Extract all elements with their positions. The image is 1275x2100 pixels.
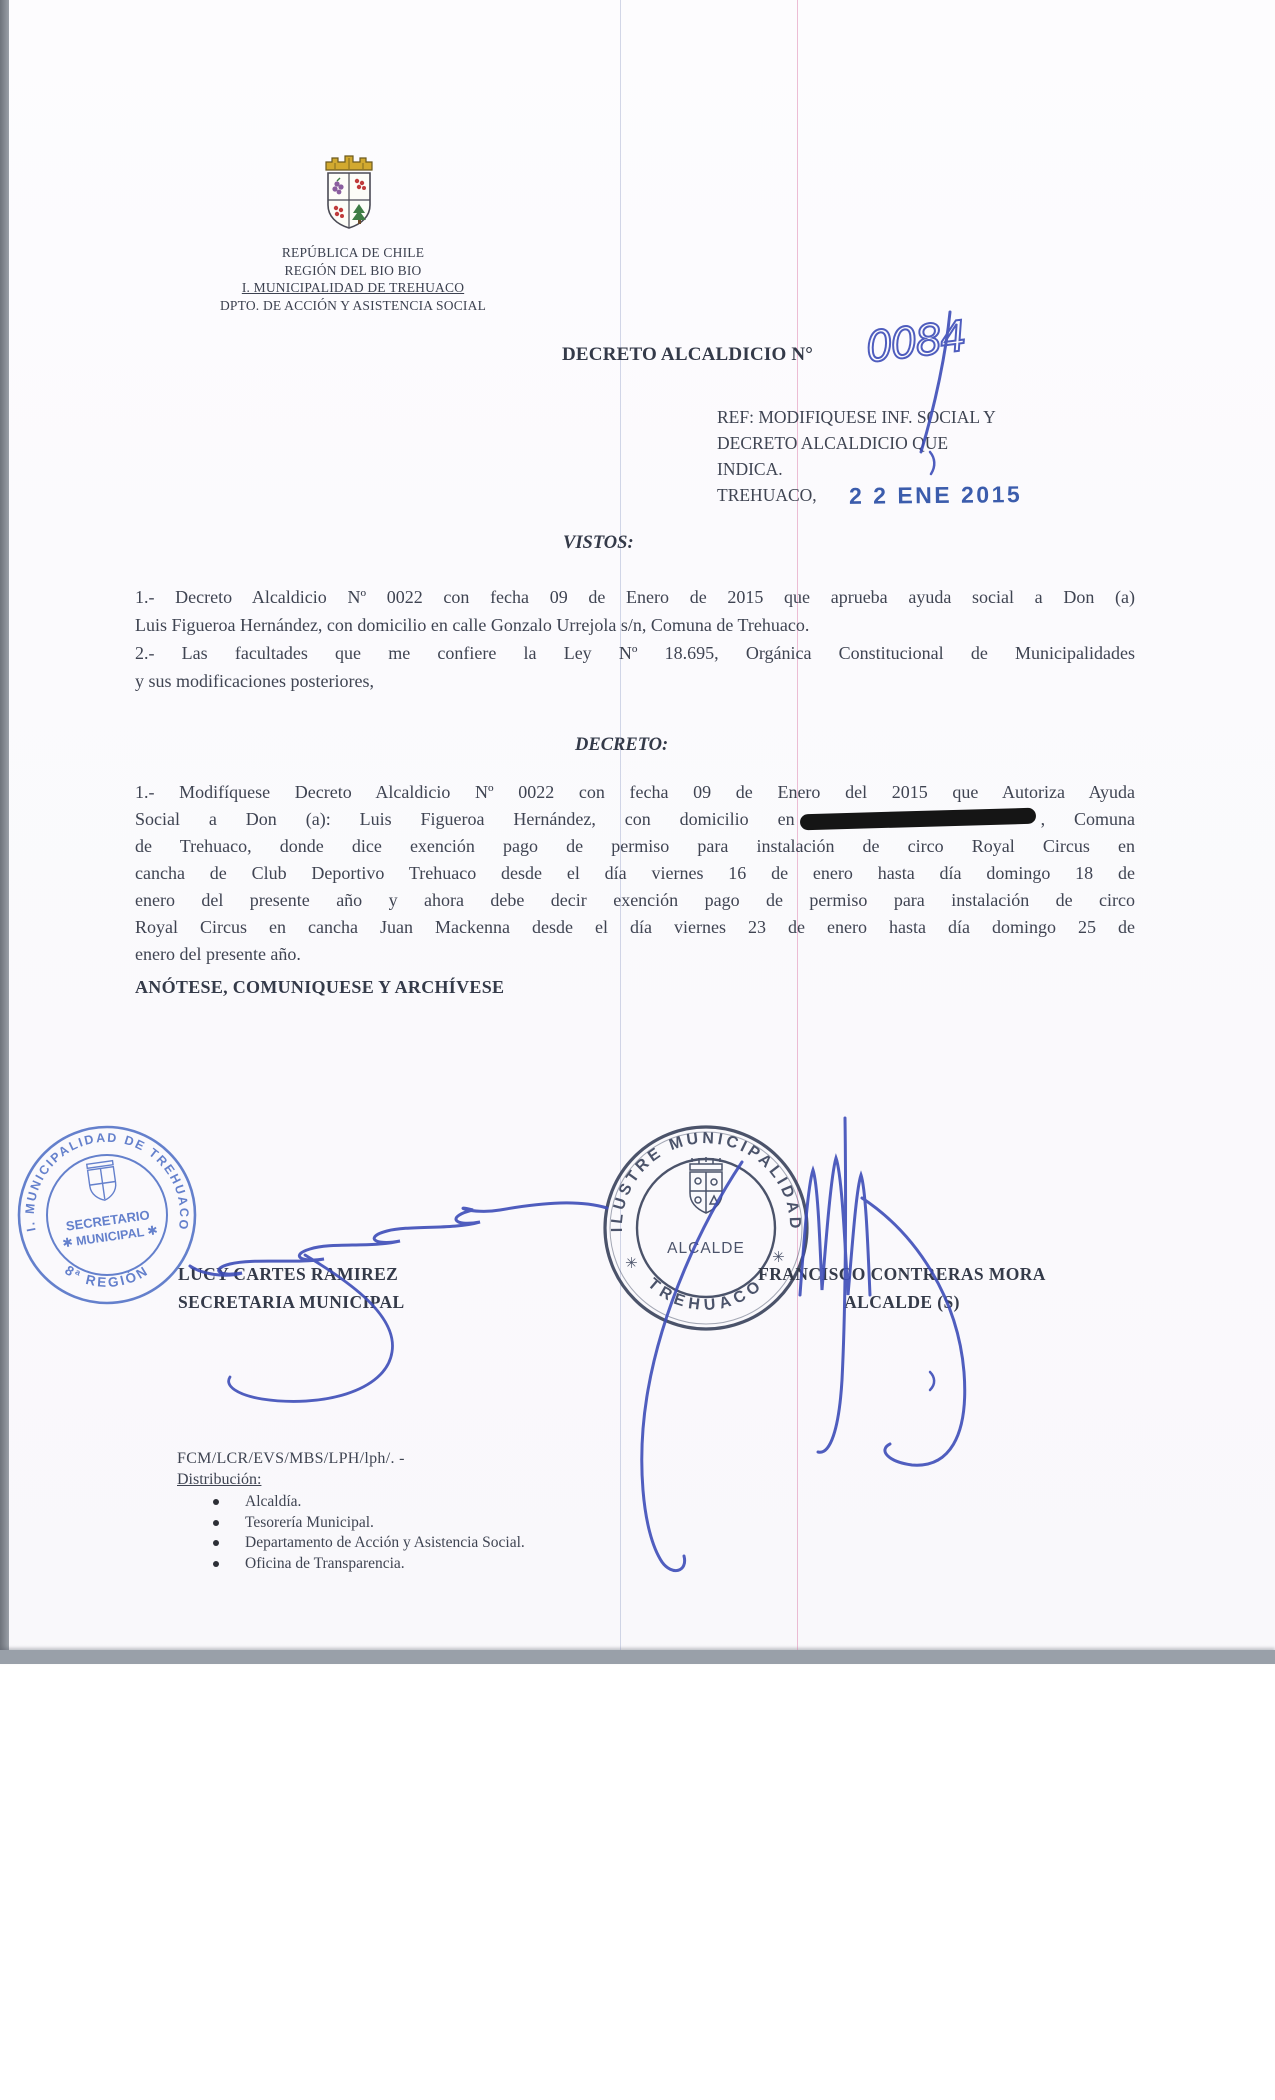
header-line: REPÚBLICA DE CHILE <box>150 244 556 262</box>
ref-line: REF: MODIFIQUESE INF. SOCIAL Y <box>717 404 1057 430</box>
decree-title: DECRETO ALCALDICIO N° <box>562 344 813 366</box>
header-line-municipality: I. MUNICIPALIDAD DE TREHUACO <box>150 279 556 297</box>
header-line: DPTO. DE ACCIÓN Y ASISTENCIA SOCIAL <box>150 297 556 315</box>
distribution-item-label: Tesorería Municipal. <box>245 1514 374 1531</box>
vistos-heading: VISTOS: <box>563 533 634 554</box>
secretary-name: LUCY CARTES RAMIREZ <box>178 1260 478 1288</box>
body-line: Royal Circus en cancha Juan Mackenna des… <box>135 914 1135 941</box>
body-line: 1.- Decreto Alcaldicio Nº 0022 con fecha… <box>135 583 1135 611</box>
distribution-item-label: Oficina de Transparencia. <box>245 1555 405 1572</box>
distribution-item: Alcaldía. <box>177 1493 677 1514</box>
trehuaco-coat-of-arms <box>318 150 380 234</box>
footer-initials: FCM/LCR/EVS/MBS/LPH/lph/. - <box>177 1450 405 1468</box>
body-line: Luis Figueroa Hernández, con domicilio e… <box>135 611 1135 639</box>
secretary-signature-block: LUCY CARTES RAMIREZ SECRETARIA MUNICIPAL <box>178 1260 478 1316</box>
date-stamp: 2 2 ENE 2015 <box>849 481 1022 510</box>
distribution-label: Distribución: <box>177 1471 261 1489</box>
redaction-text-before: Social a Don (a): Luis Figueroa Hernánde… <box>135 809 795 829</box>
bullet-icon <box>213 1499 219 1505</box>
header-line: REGIÓN DEL BIO BIO <box>150 262 556 280</box>
decreto-paragraph: 1.- Modifíquese Decreto Alcaldicio Nº 00… <box>135 779 1135 968</box>
svg-text:8ª REGIÓN: 8ª REGIÓN <box>62 1263 152 1291</box>
decreto-heading: DECRETO: <box>575 735 668 756</box>
body-line: 2.- Las facultades que me confiere la Le… <box>135 639 1135 667</box>
distribution-item-label: Alcaldía. <box>245 1493 301 1510</box>
body-line: 1.- Modifíquese Decreto Alcaldicio Nº 00… <box>135 779 1135 806</box>
body-line-redacted: Social a Don (a): Luis Figueroa Hernánde… <box>135 806 1135 833</box>
mayor-signature-block: FRANCISCO CONTRERAS MORA ALCALDE (S) <box>732 1260 1072 1316</box>
scan-shadow-bottom <box>0 1650 1275 1664</box>
body-line: enero del presente año. <box>135 941 1135 968</box>
ref-line: INDICA. <box>717 456 1057 482</box>
body-line: y sus modificaciones posteriores, <box>135 667 1135 695</box>
vistos-paragraph: 1.- Decreto Alcaldicio Nº 0022 con fecha… <box>135 583 1135 695</box>
redaction-text-after: , Comuna <box>1041 809 1135 829</box>
distribution-item: Oficina de Transparencia. <box>177 1555 677 1576</box>
scanner-edge-left <box>0 0 9 1664</box>
body-line: cancha de Club Deportivo Trehuaco desde … <box>135 860 1135 887</box>
closing-line: ANÓTESE, COMUNIQUESE Y ARCHÍVESE <box>135 977 504 998</box>
distribution-item: Tesorería Municipal. <box>177 1514 677 1535</box>
bullet-icon <box>213 1561 219 1567</box>
mayor-name: FRANCISCO CONTRERAS MORA <box>732 1260 1072 1288</box>
bullet-icon <box>213 1520 219 1526</box>
bullet-icon <box>213 1540 219 1546</box>
distribution-list: Alcaldía. Tesorería Municipal. Departame… <box>177 1493 677 1575</box>
mayor-title: ALCALDE (S) <box>732 1288 1072 1316</box>
distribution-item: Departamento de Acción y Asistencia Soci… <box>177 1534 677 1555</box>
mayor-stamp-center: ALCALDE <box>667 1240 745 1257</box>
secretary-stamp-arc-bottom: 8ª REGIÓN <box>62 1263 152 1291</box>
distribution-item-label: Departamento de Acción y Asistencia Soci… <box>245 1534 525 1551</box>
secretary-title: SECRETARIA MUNICIPAL <box>178 1288 478 1316</box>
body-line: de Trehuaco, donde dice exención pago de… <box>135 833 1135 860</box>
redaction-bar <box>799 808 1035 831</box>
secretary-municipal-stamp: I. MUNICIPALIDAD DE TREHUACO 8ª REGIÓN S… <box>14 1122 200 1308</box>
body-line: enero del presente año y ahora debe deci… <box>135 887 1135 914</box>
mayor-stamp-asterisk-left: ✳ <box>625 1255 638 1272</box>
header-block: REPÚBLICA DE CHILE REGIÓN DEL BIO BIO I.… <box>150 244 556 314</box>
ref-line: DECRETO ALCALDICIO QUE <box>717 430 1057 456</box>
